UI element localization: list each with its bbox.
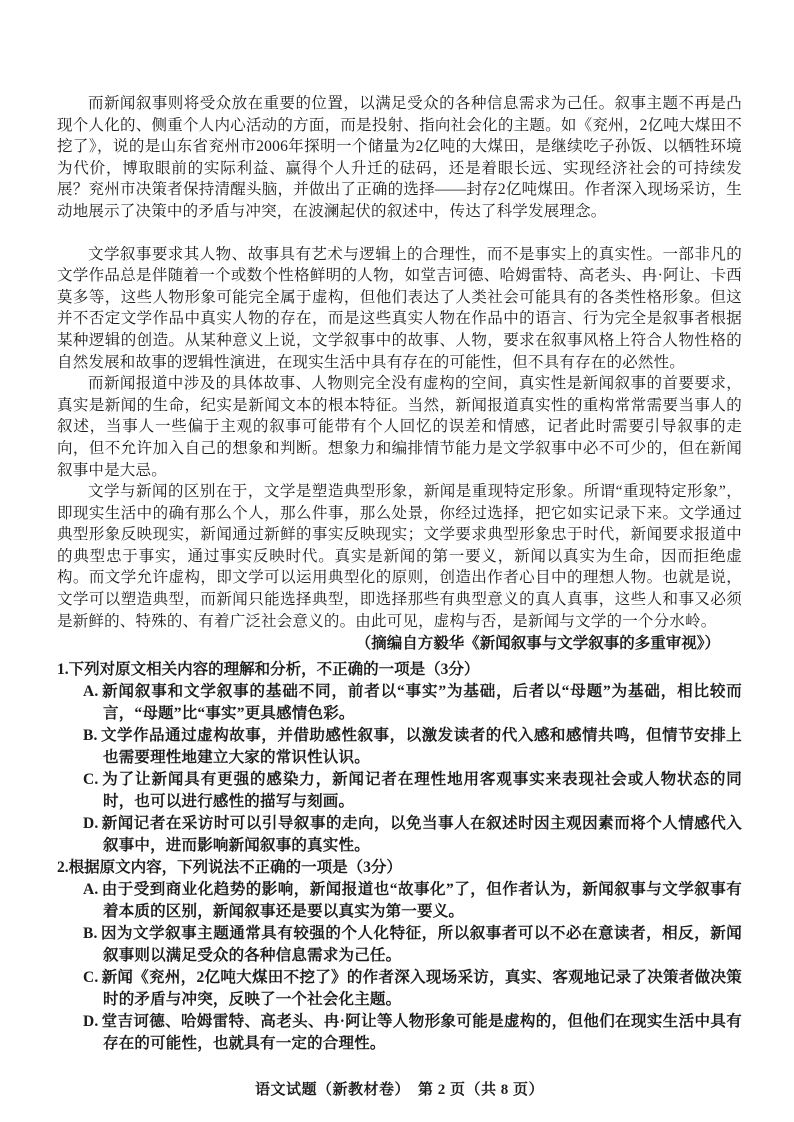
option-text: 文学作品通过虚构故事，并借助感性叙事，以激发读者的代入感和感情共鸣，但情节安排上… xyxy=(101,727,742,766)
page-footer: 语文试题（新教材卷） 第 2 页（共 8 页） xyxy=(57,1079,742,1101)
passage-attribution: （摘编自方毅华《新闻叙事与文学叙事的多重审视》） xyxy=(57,633,742,655)
reading-passage: 而新闻叙事则将受众放在重要的位置，以满足受众的各种信息需求为己任。叙事主题不再是… xyxy=(57,93,742,655)
option-text: 新闻记者在采访时可以引导叙事的走向，以免当事人在叙述时因主观因素而将个人情感代入… xyxy=(101,815,742,854)
option-text: 堂吉诃德、哈姆雷特、高老头、冉·阿让等人物形象可能是虚构的，但他们在现实生活中具… xyxy=(101,1013,742,1052)
option-text: 因为文学叙事主题通常具有较强的个人化特征，所以叙事者可以不必在意读者，相反，新闻… xyxy=(101,925,742,964)
passage-paragraph-2: 文学叙事要求其人物、故事具有艺术与逻辑上的合理性，而不是事实上的真实性。一部非凡… xyxy=(57,244,742,374)
question-1-option-c: C.为了让新闻具有更强的感染力，新闻记者在理性地用客观事实来表现社会或人物状态的… xyxy=(57,769,742,813)
option-text: 为了让新闻具有更强的感染力，新闻记者在理性地用客观事实来表现社会或人物状态的同时… xyxy=(101,771,742,810)
paragraph-gap xyxy=(57,223,742,244)
question-1: 1.下列对原文相关内容的理解和分析，不正确的一项是（3分） A.新闻叙事和文学叙… xyxy=(57,659,742,857)
question-2-option-b: B.因为文学叙事主题通常具有较强的个人化特征，所以叙事者可以不必在意读者，相反，… xyxy=(57,923,742,967)
question-2: 2.根据原文内容，下列说法不正确的一项是（3分） A.由于受到商业化趋势的影响，… xyxy=(57,857,742,1055)
question-2-option-d: D.堂吉诃德、哈姆雷特、高老头、冉·阿让等人物形象可能是虚构的，但他们在现实生活… xyxy=(57,1011,742,1055)
exam-page: 而新闻叙事则将受众放在重要的位置，以满足受众的各种信息需求为己任。叙事主题不再是… xyxy=(0,0,794,1122)
option-label: C. xyxy=(83,771,98,788)
question-1-option-a: A.新闻叙事和文学叙事的基础不同，前者以“事实”为基础，后者以“母题”为基础，相… xyxy=(57,681,742,725)
option-label: A. xyxy=(83,881,98,898)
passage-paragraph-3: 而新闻报道中涉及的具体故事、人物则完全没有虚构的空间，真实性是新闻叙事的首要要求… xyxy=(57,373,742,481)
question-1-option-d: D.新闻记者在采访时可以引导叙事的走向，以免当事人在叙述时因主观因素而将个人情感… xyxy=(57,813,742,857)
option-label: B. xyxy=(83,727,98,744)
question-1-option-b: B.文学作品通过虚构故事，并借助感性叙事，以激发读者的代入感和感情共鸣，但情节安… xyxy=(57,725,742,769)
question-2-option-a: A.由于受到商业化趋势的影响，新闻报道也“故事化”了，但作者认为，新闻叙事与文学… xyxy=(57,879,742,923)
option-text: 新闻《兖州，2亿吨大煤田不挖了》的作者深入现场采访，真实、客观地记录了决策者做决… xyxy=(101,969,742,1008)
option-label: B. xyxy=(83,925,98,942)
passage-paragraph-1: 而新闻叙事则将受众放在重要的位置，以满足受众的各种信息需求为己任。叙事主题不再是… xyxy=(57,93,742,223)
option-text: 新闻叙事和文学叙事的基础不同，前者以“事实”为基础，后者以“母题”为基础，相比较… xyxy=(101,683,742,722)
question-2-option-c: C.新闻《兖州，2亿吨大煤田不挖了》的作者深入现场采访，真实、客观地记录了决策者… xyxy=(57,967,742,1011)
option-label: C. xyxy=(83,969,98,986)
option-label: D. xyxy=(83,815,98,832)
option-text: 由于受到商业化趋势的影响，新闻报道也“故事化”了，但作者认为，新闻叙事与文学叙事… xyxy=(101,881,742,920)
questions-section: 1.下列对原文相关内容的理解和分析，不正确的一项是（3分） A.新闻叙事和文学叙… xyxy=(57,659,742,1055)
passage-paragraph-4: 文学与新闻的区别在于，文学是塑造典型形象，新闻是重现特定形象。所谓“重现特定形象… xyxy=(57,481,742,632)
question-2-stem: 2.根据原文内容，下列说法不正确的一项是（3分） xyxy=(57,857,742,879)
option-label: A. xyxy=(83,683,98,700)
option-label: D. xyxy=(83,1013,98,1030)
question-1-stem: 1.下列对原文相关内容的理解和分析，不正确的一项是（3分） xyxy=(57,659,742,681)
